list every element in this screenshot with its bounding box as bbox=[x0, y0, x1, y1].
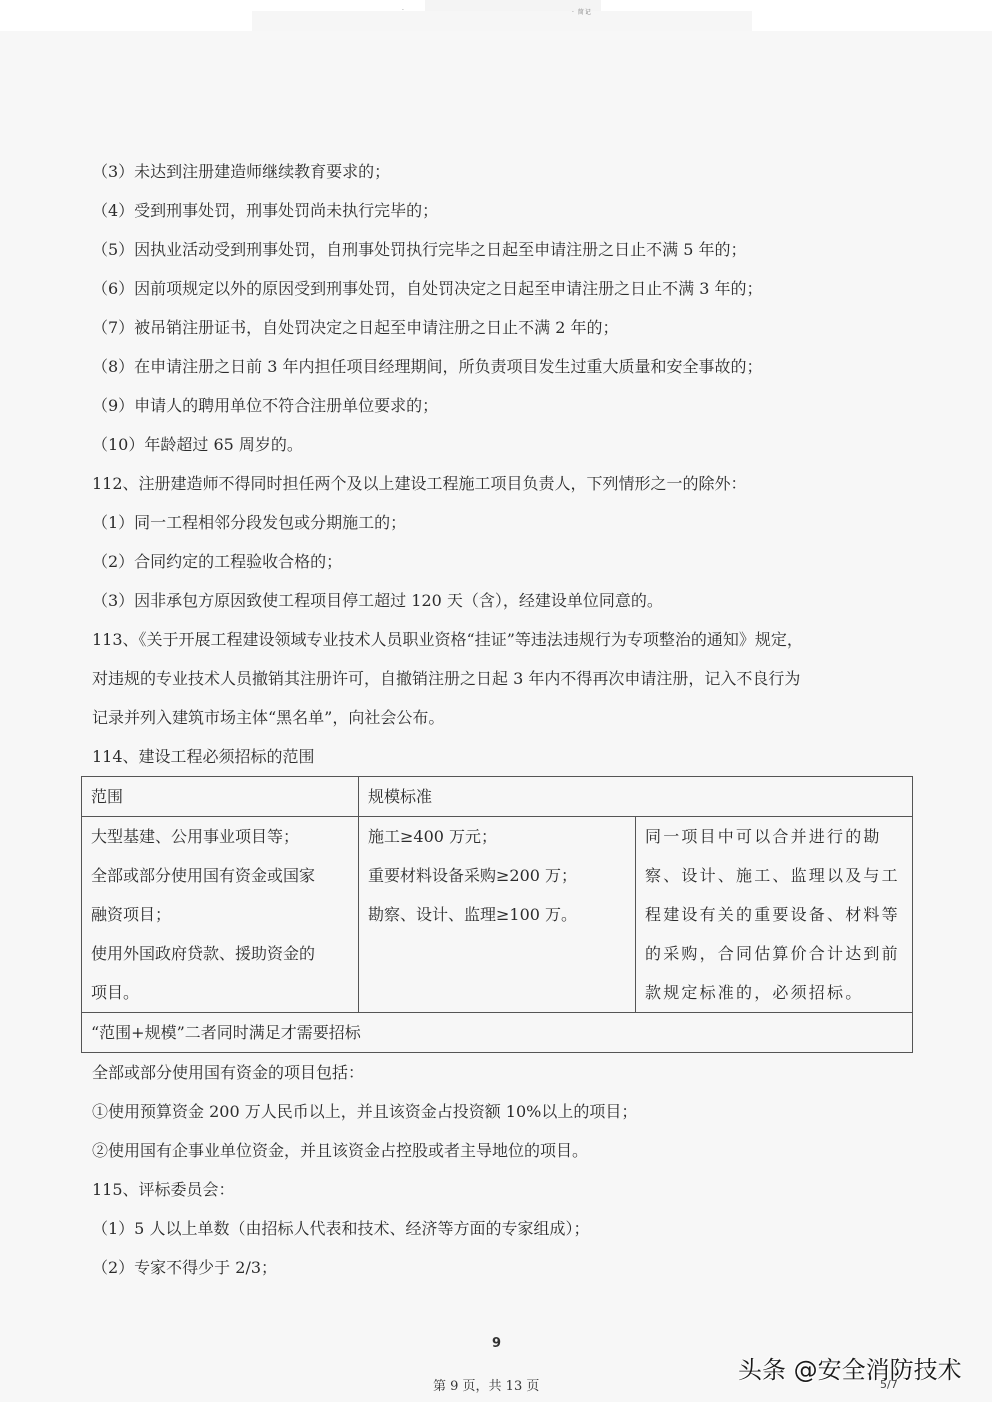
combined-procurement-cell: 同一项目中可以合并进行的勘 察、设计、施工、监理以及与工 程建设有关的重要设备、… bbox=[636, 817, 913, 1013]
text-line: （7）被吊销注册证书，自处罚决定之日起至申请注册之日止不满 2 年的； bbox=[92, 318, 619, 338]
text-line: 记录并列入建筑市场主体“黑名单”，向社会公布。 bbox=[92, 708, 444, 728]
text-line: 114、建设工程必须招标的范围 bbox=[92, 747, 315, 767]
scale-line: 施工≥400 万元； bbox=[368, 817, 626, 856]
text-line: （3）未达到注册建造师继续教育要求的； bbox=[92, 162, 390, 182]
scale-cell: 施工≥400 万元； 重要材料设备采购≥200 万； 勘察、设计、监理≥100 … bbox=[359, 817, 636, 1013]
combined-line: 款规定标准的，必须招标。 bbox=[645, 973, 903, 1012]
scope-line: 融资项目； bbox=[91, 895, 349, 934]
table-footer-row: “范围+规模”二者同时满足才需要招标 bbox=[82, 1013, 913, 1053]
text-line: ①使用预算资金 200 万人民币以上，并且该资金占投资额 10%以上的项目； bbox=[92, 1102, 637, 1122]
page-count-label: 第 9 页，共 13 页 bbox=[433, 1375, 539, 1394]
text-line: 对违规的专业技术人员撤销其注册许可，自撤销注册之日起 3 年内不得再次申请注册，… bbox=[92, 669, 800, 689]
text-line: （5）因执业活动受到刑事处罚，自刑事处罚执行完毕之日起至申请注册之日止不满 5 … bbox=[92, 240, 747, 260]
text-line: （3）因非承包方原因致使工程项目停工超过 120 天（含），经建设单位同意的。 bbox=[92, 591, 663, 611]
text-line: 115、评标委员会： bbox=[92, 1180, 235, 1200]
combined-line: 程建设有关的重要设备、材料等 bbox=[645, 895, 903, 934]
scope-cell: 大型基建、公用事业项目等； 全部或部分使用国有资金或国家 融资项目； 使用外国政… bbox=[82, 817, 359, 1013]
text-line: （8）在申请注册之日前 3 年内担任项目经理期间，所负责项目发生过重大质量和安全… bbox=[92, 357, 763, 377]
text-line: （6）因前项规定以外的原因受到刑事处罚，自处罚决定之日起至申请注册之日止不满 3… bbox=[92, 279, 763, 299]
scope-line: 全部或部分使用国有资金或国家 bbox=[91, 856, 349, 895]
page-number: 9 bbox=[492, 1336, 501, 1351]
combined-line: 的采购，合同估算价合计达到前 bbox=[645, 934, 903, 973]
table-body-row: 大型基建、公用事业项目等； 全部或部分使用国有资金或国家 融资项目； 使用外国政… bbox=[82, 817, 913, 1013]
text-line: ②使用国有企事业单位资金，并且该资金占控股或者主导地位的项目。 bbox=[92, 1141, 588, 1161]
text-line: （1）同一工程相邻分段发包或分期施工的； bbox=[92, 513, 406, 533]
text-line: 112、注册建造师不得同时担任两个及以上建设工程施工项目负责人，下列情形之一的除… bbox=[92, 474, 747, 494]
text-line: （1）5 人以上单数（由招标人代表和技术、经济等方面的专家组成）； bbox=[92, 1219, 589, 1239]
scope-line: 使用外国政府贷款、援助资金的 bbox=[91, 934, 349, 973]
table-footer-note: “范围+规模”二者同时满足才需要招标 bbox=[82, 1013, 913, 1053]
bidding-scope-table: 范围 规模标准 大型基建、公用事业项目等； 全部或部分使用国有资金或国家 融资项… bbox=[81, 776, 913, 1053]
header-bar bbox=[252, 11, 752, 31]
table-header-row: 范围 规模标准 bbox=[82, 777, 913, 817]
page-fraction: 5/7 bbox=[880, 1378, 898, 1391]
text-line: （2）专家不得少于 2/3； bbox=[92, 1258, 277, 1278]
combined-line: 察、设计、施工、监理以及与工 bbox=[645, 856, 903, 895]
scale-line: 重要材料设备采购≥200 万； bbox=[368, 856, 626, 895]
table-header-scope: 范围 bbox=[82, 777, 359, 817]
text-line: （10）年龄超过 65 周岁的。 bbox=[92, 435, 303, 455]
text-line: 113、《关于开展工程建设领域专业技术人员职业资格“挂证”等违法违规行为专项整治… bbox=[92, 630, 803, 650]
text-line: （2）合同约定的工程验收合格的； bbox=[92, 552, 342, 572]
scale-line: 勘察、设计、监理≥100 万。 bbox=[368, 895, 626, 934]
table-header-scale: 规模标准 bbox=[359, 777, 913, 817]
combined-line: 同一项目中可以合并进行的勘 bbox=[645, 817, 903, 856]
header-left-mark: · bbox=[402, 7, 405, 14]
text-line: （4）受到刑事处罚，刑事处罚尚未执行完毕的； bbox=[92, 201, 438, 221]
watermark: 头条 @安全消防技术 bbox=[738, 1350, 962, 1385]
scope-line: 大型基建、公用事业项目等； bbox=[91, 817, 349, 856]
text-line: 全部或部分使用国有资金的项目包括： bbox=[92, 1063, 364, 1083]
header-right-mark: · 简记 bbox=[572, 7, 592, 16]
scope-line: 项目。 bbox=[91, 973, 349, 1012]
text-line: （9）申请人的聘用单位不符合注册单位要求的； bbox=[92, 396, 438, 416]
